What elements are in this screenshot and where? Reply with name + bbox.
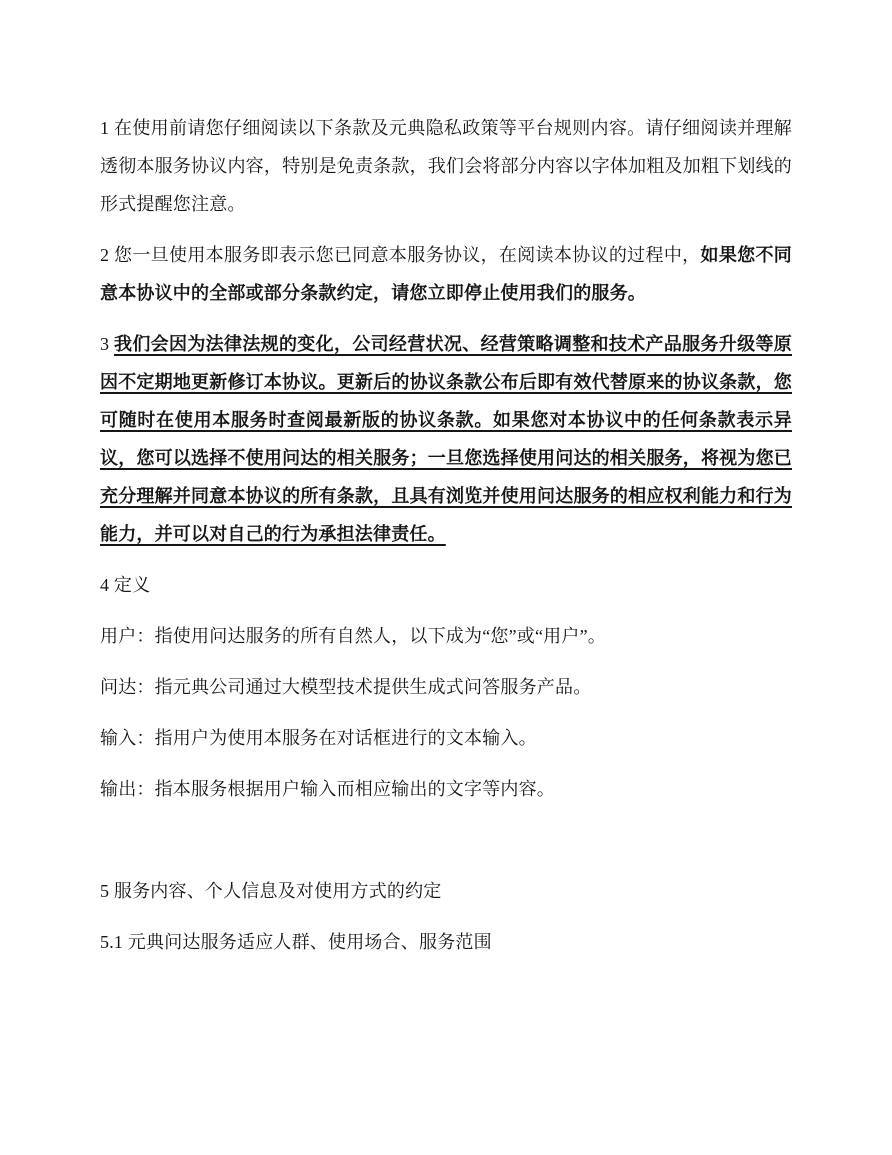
definition-input: 输入：指用户为使用本服务在对话框进行的文本输入。 xyxy=(100,719,792,757)
definitions-heading: 4 定义 xyxy=(100,566,792,604)
definition-output: 输出：指本服务根据用户输入而相应输出的文字等内容。 xyxy=(100,770,792,808)
clause-2: 2 您一旦使用本服务即表示您已同意本服务协议，在阅读本协议的过程中，如果您不同意… xyxy=(100,236,792,312)
definition-input-text: 输入：指用户为使用本服务在对话框进行的文本输入。 xyxy=(100,728,537,748)
definition-wenda-text: 问达：指元典公司通过大模型技术提供生成式问答服务产品。 xyxy=(100,677,591,697)
definition-output-text: 输出：指本服务根据用户输入而相应输出的文字等内容。 xyxy=(100,779,555,799)
definition-wenda: 问达：指元典公司通过大模型技术提供生成式问答服务产品。 xyxy=(100,668,792,706)
paragraph-spacer xyxy=(100,821,792,859)
section-5-1-heading: 5.1 元典问达服务适应人群、使用场合、服务范围 xyxy=(100,923,792,961)
clause-1: 1 在使用前请您仔细阅读以下条款及元典隐私政策等平台规则内容。请仔细阅读并理解透… xyxy=(100,109,792,223)
clause-2-normal-text: 2 您一旦使用本服务即表示您已同意本服务协议，在阅读本协议的过程中， xyxy=(100,245,701,265)
section-5-1-heading-text: 5.1 元典问达服务适应人群、使用场合、服务范围 xyxy=(100,932,492,952)
definition-user-text: 用户：指使用问达服务的所有自然人，以下成为“您”或“用户”。 xyxy=(100,626,606,646)
clause-3-number: 3 xyxy=(100,334,114,354)
section-5-heading-text: 5 服务内容、个人信息及对使用方式的约定 xyxy=(100,881,442,901)
section-5-heading: 5 服务内容、个人信息及对使用方式的约定 xyxy=(100,872,792,910)
definitions-heading-text: 4 定义 xyxy=(100,575,150,595)
definition-user: 用户：指使用问达服务的所有自然人，以下成为“您”或“用户”。 xyxy=(100,617,792,655)
clause-3: 3 我们会因为法律法规的变化，公司经营状况、经营策略调整和技术产品服务升级等原因… xyxy=(100,325,792,553)
clause-1-text: 1 在使用前请您仔细阅读以下条款及元典隐私政策等平台规则内容。请仔细阅读并理解透… xyxy=(100,118,792,214)
clause-3-bold-underline-text: 我们会因为法律法规的变化，公司经营状况、经营策略调整和技术产品服务升级等原因不定… xyxy=(100,334,792,544)
document-page: 1 在使用前请您仔细阅读以下条款及元典隐私政策等平台规则内容。请仔细阅读并理解透… xyxy=(0,0,892,1155)
